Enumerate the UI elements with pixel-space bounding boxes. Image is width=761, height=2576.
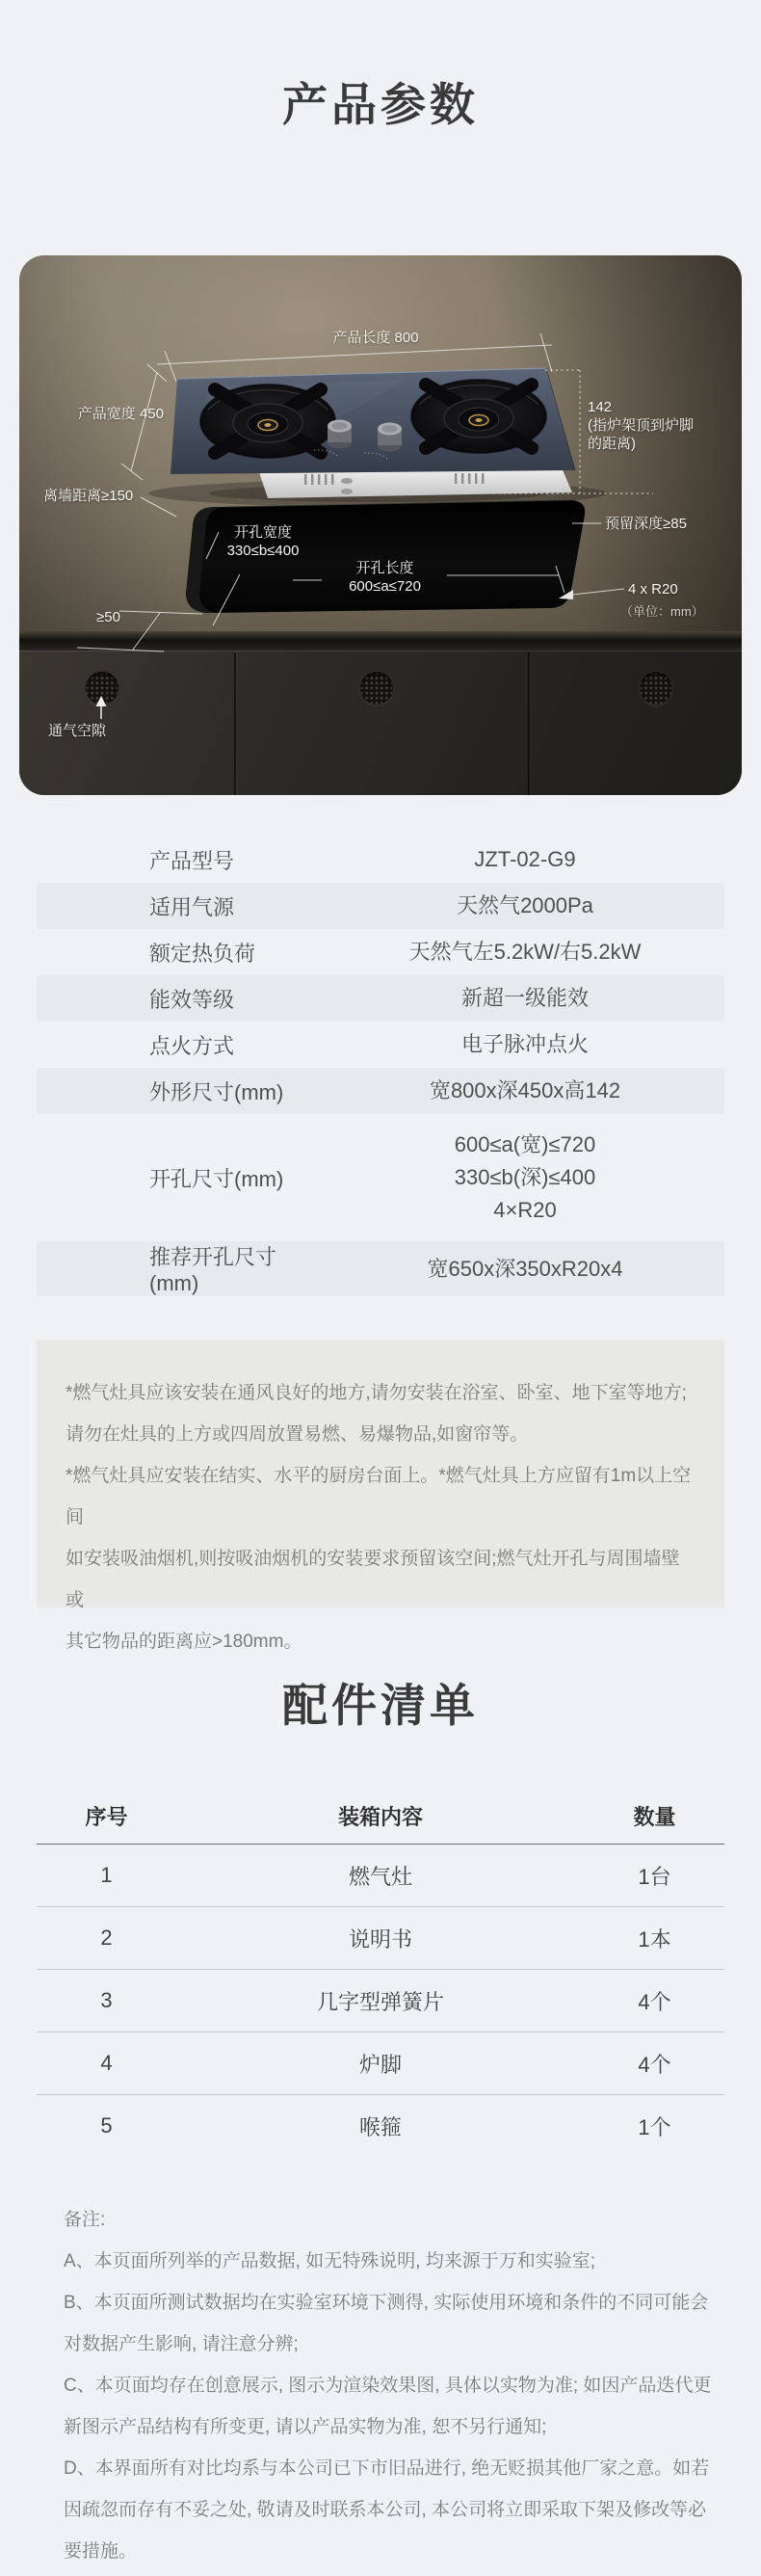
spec-label: 适用气源 — [37, 891, 326, 921]
page-title: 产品参数 — [0, 69, 761, 134]
annotation-unit-note: （单位：mm） — [620, 602, 736, 621]
accessory-item: 几字型弹簧片 — [176, 1986, 585, 2016]
spec-row: 能效等级新超一级能效 — [37, 975, 724, 1022]
annotation-product-width: 产品宽度 450 — [48, 405, 164, 423]
installation-notes: *燃气灶具应该安装在通风良好的地方,请勿安装在浴室、卧室、地下室等地方; 请勿在… — [37, 1340, 724, 1607]
spec-label: 点火方式 — [37, 1030, 326, 1060]
accessory-row: 4炉脚4个 — [37, 2032, 724, 2095]
accessory-item: 喉箍 — [176, 2111, 585, 2141]
left-burner — [200, 385, 335, 458]
header-no: 序号 — [37, 1801, 176, 1831]
accessory-qty: 1本 — [585, 1924, 724, 1953]
spec-row: 额定热负荷天然气左5.2kW/右5.2kW — [37, 929, 724, 975]
spec-value: JZT-02-G9 — [326, 843, 724, 876]
accessory-no: 2 — [37, 1925, 176, 1951]
annotation-product-length: 产品长度 800 — [279, 329, 472, 347]
spec-row: 点火方式电子脉冲点火 — [37, 1022, 724, 1068]
accessories-title: 配件清单 — [0, 1670, 761, 1735]
accessory-no: 5 — [37, 2113, 176, 2138]
accessory-qty: 1个 — [585, 2111, 724, 2141]
spec-value: 新超一级能效 — [326, 982, 724, 1015]
annotation-height: 142(指炉架顶到炉脚 的距离) — [588, 398, 727, 453]
spec-value: 宽800x深450x高142 — [326, 1075, 724, 1107]
accessory-no: 4 — [37, 2051, 176, 2076]
spec-label: 推荐开孔尺寸(mm) — [37, 1241, 326, 1296]
accessory-item: 说明书 — [176, 1924, 585, 1953]
accessories-header-row: 序号 装箱内容 数量 — [37, 1788, 724, 1845]
annotation-cutout-width: 开孔宽度 330≤b≤400 — [196, 523, 330, 560]
spec-value: 宽650x深350xR20x4 — [326, 1253, 724, 1286]
arrow-up-icon — [96, 696, 107, 719]
accessory-row: 1燃气灶1台 — [37, 1845, 724, 1907]
height-value: 142 — [588, 399, 612, 415]
annotation-cutout-length: 开孔长度 600≤a≤720 — [320, 559, 450, 596]
spec-row: 推荐开孔尺寸(mm)宽650x深350xR20x4 — [37, 1241, 724, 1296]
spec-value: 600≤a(宽)≤720 330≤b(深)≤400 4×R20 — [326, 1129, 724, 1227]
accessory-row: 2说明书1本 — [37, 1907, 724, 1970]
spec-row: 适用气源天然气2000Pa — [37, 883, 724, 929]
accessory-row: 5喉箍1个 — [37, 2095, 724, 2157]
accessory-qty: 4个 — [585, 2049, 724, 2079]
accessory-no: 1 — [37, 1863, 176, 1888]
spec-value: 电子脉冲点火 — [326, 1028, 724, 1061]
annotation-vent-label: 通气空隙 — [48, 722, 158, 740]
accessory-row: 3几字型弹簧片4个 — [37, 1970, 724, 2032]
accessory-item: 燃气灶 — [176, 1861, 585, 1891]
remarks: 备注: A、本页面所列举的产品数据, 如无特殊说明, 均来源于万和实验室; B、… — [64, 2199, 719, 2572]
spec-label: 开孔尺寸(mm) — [37, 1163, 326, 1193]
spec-label: 额定热负荷 — [37, 938, 326, 968]
annotation-front-gap: ≥50 — [96, 608, 154, 626]
header-item: 装箱内容 — [176, 1801, 585, 1831]
accessory-item: 炉脚 — [176, 2049, 585, 2079]
spec-value: 天然气2000Pa — [326, 890, 724, 922]
spec-label: 外形尺寸(mm) — [37, 1076, 326, 1106]
spec-row: 外形尺寸(mm)宽800x深450x高142 — [37, 1068, 724, 1114]
spec-label: 产品型号 — [37, 845, 326, 875]
spec-row: 产品型号JZT-02-G9 — [37, 837, 724, 883]
accessory-no: 3 — [37, 1988, 176, 2013]
annotation-wall-distance: 离墙距离≥150 — [43, 487, 159, 505]
height-note: (指炉架顶到炉脚 的距离) — [588, 417, 694, 452]
spec-value: 天然气左5.2kW/右5.2kW — [326, 936, 724, 969]
annotation-reserve-depth: 预留深度≥85 — [605, 515, 730, 533]
spec-table: 产品型号JZT-02-G9适用气源天然气2000Pa额定热负荷天然气左5.2kW… — [37, 837, 724, 1296]
accessory-qty: 4个 — [585, 1986, 724, 2016]
annotation-corner-radius: 4 x R20 — [628, 580, 734, 598]
accessories-rows: 1燃气灶1台2说明书1本3几字型弹簧片4个4炉脚4个5喉箍1个 — [37, 1845, 724, 2157]
spec-row: 开孔尺寸(mm)600≤a(宽)≤720 330≤b(深)≤400 4×R20 — [37, 1114, 724, 1241]
accessories-table: 序号 装箱内容 数量 1燃气灶1台2说明书1本3几字型弹簧片4个4炉脚4个5喉箍… — [37, 1788, 724, 2157]
spec-label: 能效等级 — [37, 984, 326, 1014]
product-diagram-image: 产品长度 800 产品宽度 450 142(指炉架顶到炉脚 的距离) 离墙距离≥… — [19, 255, 742, 795]
header-qty: 数量 — [585, 1801, 724, 1831]
accessory-qty: 1台 — [585, 1861, 724, 1891]
right-burner — [411, 380, 546, 453]
